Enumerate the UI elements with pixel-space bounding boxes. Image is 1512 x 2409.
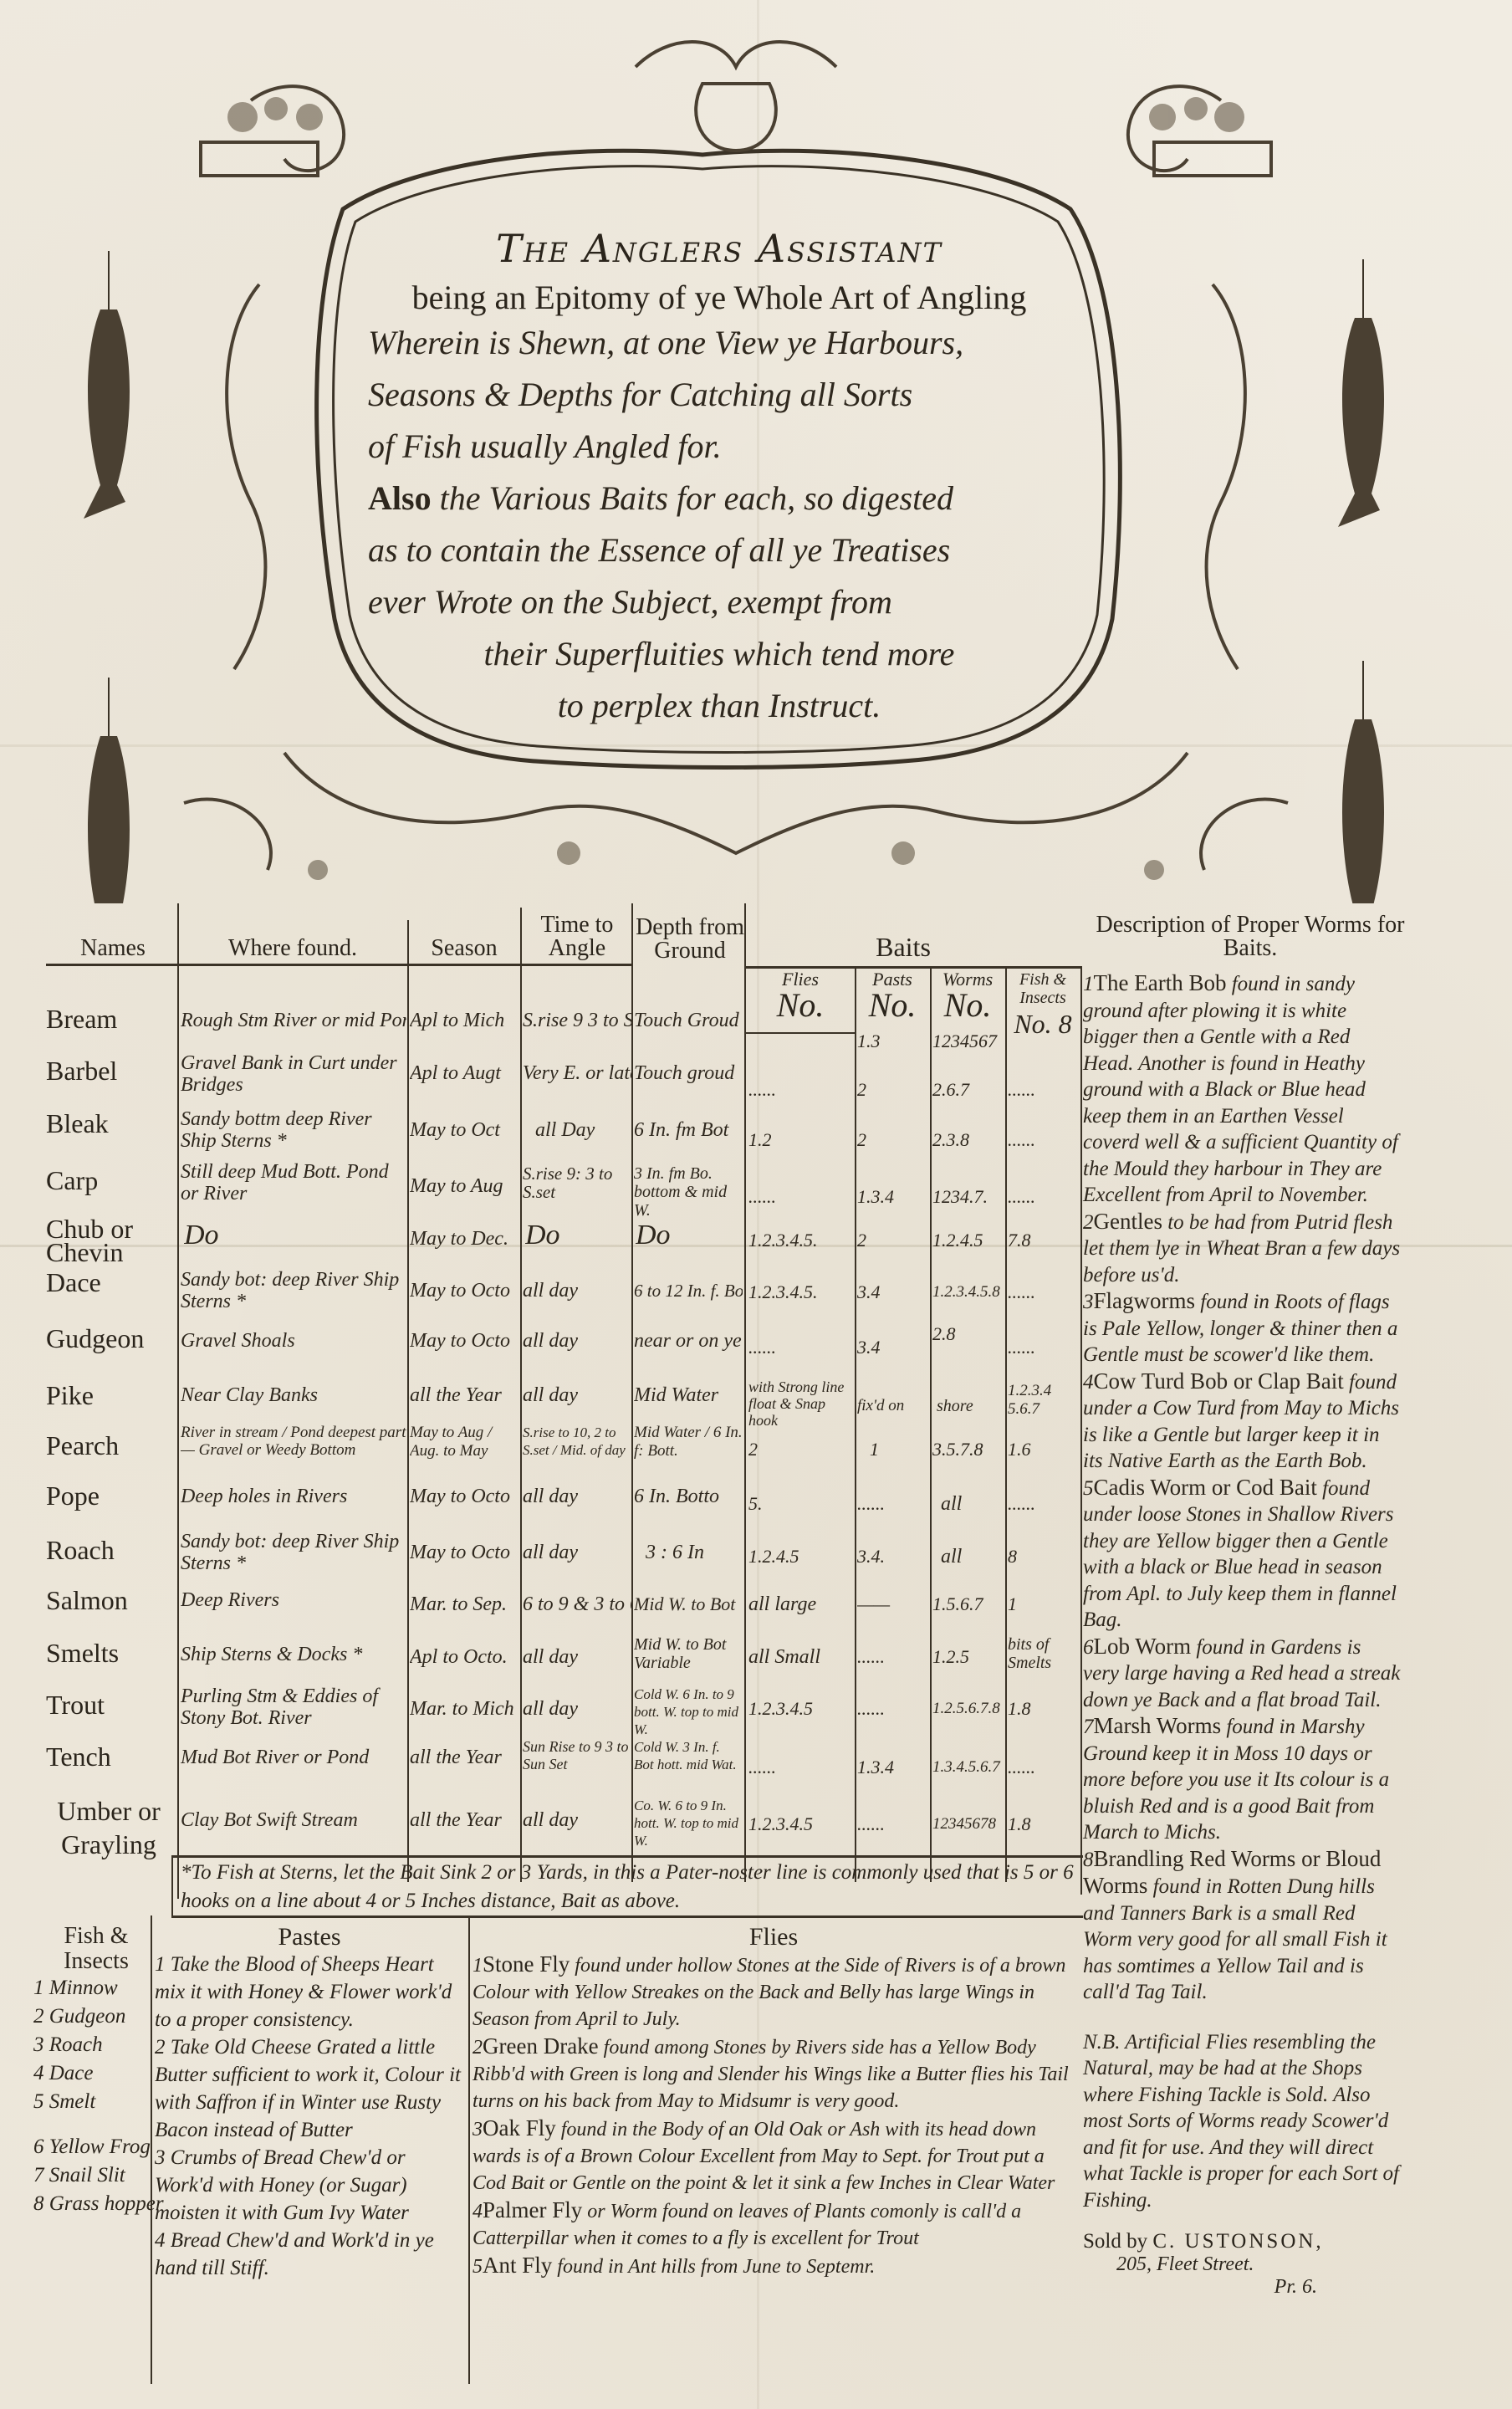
- cell-time: all day: [523, 1384, 631, 1406]
- cell-flies: ......: [748, 1079, 853, 1101]
- cell-fish: 1.8: [1008, 1698, 1079, 1720]
- cell-worms: shore: [937, 1395, 1004, 1417]
- subheader-pastes: PastsNo.: [855, 970, 930, 1022]
- cell-where: Gravel Shoals: [181, 1330, 406, 1352]
- cell-flies: 1.2: [748, 1129, 853, 1151]
- fish-insects-list: Fish & Insects 1 Minnow 2 Gudgeon 3 Roac…: [33, 1924, 159, 2218]
- title-line: to perplex than Instruct.: [351, 680, 1087, 732]
- cell-where: Deep Rivers: [181, 1589, 406, 1611]
- cell-flies: ......: [748, 1337, 853, 1358]
- cell-pastes: 2: [857, 1079, 928, 1101]
- sterns-footnote: *To Fish at Sterns, let the Bait Sink 2 …: [176, 1859, 1083, 1915]
- fish-name: Bream: [46, 1004, 188, 1035]
- fish-name: Chub or Chevin: [46, 1217, 180, 1264]
- title-line: ever Wrote on the Subject, exempt from: [351, 576, 1087, 628]
- fish-name: Bleak: [46, 1108, 188, 1139]
- cell-pastes: ......: [857, 1698, 928, 1720]
- cell-worms: all: [941, 1493, 1004, 1515]
- cell-season: May to Octo: [410, 1542, 518, 1563]
- fish-name: Roach: [46, 1535, 188, 1566]
- header-names: Names: [50, 937, 176, 960]
- cell-time: S.rise to 10, 2 to S.set / Mid. of day: [523, 1424, 631, 1459]
- cell-pastes: 1: [870, 1439, 928, 1460]
- cell-season: May to Octo: [410, 1486, 518, 1507]
- worms-description: 1The Earth Bob found in sandy ground aft…: [1083, 970, 1401, 2299]
- fish-name: Trout: [46, 1690, 188, 1721]
- cell-pastes: 3.4.: [857, 1546, 928, 1568]
- header-baits: Baits: [836, 935, 970, 959]
- cell-time: S.rise 9: 3 to S.set: [523, 1164, 631, 1201]
- cell-time: Very E. or late: [523, 1062, 631, 1084]
- footnote-rule: [171, 1915, 1083, 1918]
- flies-list: Flies 1Stone Fly found under hollow Ston…: [472, 1924, 1075, 2280]
- bottom-column-rule: [468, 1915, 470, 2384]
- subheader-flies: FliesNo.: [746, 970, 855, 1022]
- cell-time: Do: [525, 1221, 626, 1250]
- cell-depth: Cold W. 3 In. f. Bot hott. mid Wat.: [634, 1738, 743, 1773]
- cell-flies: 1.2.4.5: [748, 1546, 853, 1568]
- column-rule: [520, 908, 522, 1882]
- flies-rule: [746, 1032, 855, 1034]
- header-rule: [746, 966, 1080, 969]
- cell-pastes: 1.3: [857, 1031, 928, 1052]
- list-item: 4 Dace: [33, 2059, 159, 2088]
- cell-pastes: 3.4: [857, 1337, 928, 1358]
- cell-flies: all large: [748, 1593, 853, 1615]
- header-time-to-angle: Time to Angle: [523, 913, 631, 960]
- cell-fish: ......: [1008, 1757, 1079, 1778]
- cell-fish: ......: [1008, 1186, 1079, 1208]
- cell-flies: 1.2.3.4.5: [748, 1698, 853, 1720]
- cell-depth: Touch Groud: [634, 1010, 743, 1031]
- cell-season: Mar. to Mich: [410, 1698, 518, 1720]
- cell-fish: ......: [1008, 1281, 1079, 1303]
- worm-entry: 8Brandling Red Worms or Bloud Worms foun…: [1083, 1846, 1401, 2006]
- column-rule: [631, 903, 633, 1882]
- also-word: Also: [368, 479, 432, 517]
- fish-insects-heading: Fish & Insects: [33, 1924, 159, 1974]
- list-item: 8 Grass hopper: [33, 2190, 159, 2218]
- cell-worms: 2.6.7: [932, 1079, 1004, 1101]
- fish-name: Umber or Grayling: [46, 1794, 171, 1861]
- cell-depth: Mid W. to Bot Variable: [634, 1635, 743, 1672]
- cell-pastes: ......: [857, 1646, 928, 1668]
- title-block: The Anglers Assistant being an Epitomy o…: [351, 226, 1087, 732]
- fly-entry: 4Palmer Fly or Worm found on leaves of P…: [472, 2197, 1075, 2252]
- fish-name: Tench: [46, 1742, 188, 1772]
- worm-entry: 7Marsh Worms found in Marshy Ground keep…: [1083, 1713, 1401, 1846]
- cell-season: Mar. to Sep.: [410, 1593, 518, 1615]
- cell-where: Mud Bot River or Pond: [181, 1747, 406, 1768]
- cell-pastes: ......: [857, 1813, 928, 1835]
- cell-where: Deep holes in Rivers: [181, 1486, 406, 1507]
- publisher-address: 205, Fleet Street.: [1083, 2253, 1401, 2276]
- cell-where: Still deep Mud Bott. Pond or River: [181, 1161, 406, 1204]
- cell-time: all Day: [535, 1119, 631, 1141]
- flies-heading: Flies: [472, 1924, 1075, 1951]
- paste-recipe: 1 Take the Blood of Sheeps Heart mix it …: [155, 1951, 464, 2033]
- cell-where: Sandy bot: deep River Ship Sterns *: [181, 1531, 406, 1574]
- column-rule: [855, 966, 856, 1882]
- cell-depth: 3 : 6 In: [646, 1542, 743, 1563]
- fly-entry: 1Stone Fly found under hollow Stones at …: [472, 1951, 1075, 2033]
- worm-entry: 4Cow Turd Bob or Clap Bait found under a…: [1083, 1368, 1401, 1475]
- cell-where: Rough Stm River or mid Pond: [181, 1010, 406, 1031]
- header-description-worms: Description of Proper Worms for Baits.: [1087, 913, 1413, 960]
- column-rule: [1080, 966, 1082, 1895]
- worm-entry: 2Gentles to be had from Putrid flesh let…: [1083, 1209, 1401, 1289]
- cell-season: all the Year: [410, 1747, 518, 1768]
- fish-name: Pearch: [46, 1430, 188, 1461]
- list-item: 3 Roach: [33, 2031, 159, 2059]
- page-subtitle: being an Epitomy of ye Whole Art of Angl…: [351, 278, 1087, 317]
- fish-name: Dace: [46, 1267, 188, 1298]
- price: Pr. 6.: [1083, 2276, 1401, 2299]
- cell-worms: 12345678: [932, 1813, 1004, 1835]
- fish-name: Smelts: [46, 1638, 188, 1669]
- fish-name: Pike: [46, 1380, 188, 1411]
- fish-name: Pope: [46, 1481, 188, 1511]
- cell-fish: bits of Smelts: [1008, 1635, 1079, 1672]
- list-item: 1 Minnow: [33, 1974, 159, 2002]
- header-depth: Depth from Ground: [636, 916, 744, 963]
- cell-time: 6 to 9 & 3 to 6: [523, 1593, 631, 1615]
- cell-season: May to Dec.: [410, 1228, 518, 1250]
- imprint: Sold by C. USTONSON,: [1083, 2230, 1401, 2253]
- cell-worms: 1.3.4.5.6.7: [932, 1757, 1004, 1778]
- list-item: 2 Gudgeon: [33, 2002, 159, 2031]
- cell-time: all day: [523, 1486, 631, 1507]
- cell-time: all day: [523, 1330, 631, 1352]
- cell-pastes: 2: [857, 1129, 928, 1151]
- cell-time: all day: [523, 1542, 631, 1563]
- fly-entry: 5Ant Fly found in Ant hills from June to…: [472, 2252, 1075, 2280]
- cell-fish: ......: [1008, 1129, 1079, 1151]
- title-line: of Fish usually Angled for.: [351, 421, 1087, 473]
- cell-depth: 3 In. fm Bo. bottom & mid W.: [634, 1164, 743, 1220]
- cell-depth: Mid Water: [634, 1384, 743, 1406]
- cell-pastes: 2: [857, 1230, 928, 1251]
- fly-entry: 3Oak Fly found in the Body of an Old Oak…: [472, 2115, 1075, 2197]
- cell-fish: 8: [1008, 1546, 1079, 1568]
- cell-flies: 5.: [748, 1493, 853, 1515]
- column-rule: [1005, 966, 1007, 1882]
- cell-depth: Co. W. 6 to 9 In. hott. W. top to mid W.: [634, 1797, 743, 1849]
- cell-time: all day: [523, 1280, 631, 1302]
- cell-worms: 1.2.5.6.7.8: [932, 1698, 1004, 1720]
- cell-depth: Cold W. 6 In. to 9 bott. W. top to mid W…: [634, 1685, 743, 1738]
- title-line: their Superfluities which tend more: [351, 628, 1087, 680]
- fish-name: Carp: [46, 1165, 188, 1196]
- cell-flies: 1.2.3.4.5.: [748, 1281, 853, 1303]
- cell-where: Do: [184, 1221, 410, 1250]
- header-season: Season: [410, 937, 518, 960]
- list-item: 7 Snail Slit: [33, 2161, 159, 2190]
- cell-time: S.rise 9 3 to S.set: [523, 1010, 631, 1031]
- cell-flies: with Strong line float & Snap hook: [748, 1378, 853, 1429]
- cell-worms: 1.5.6.7: [932, 1593, 1004, 1615]
- cell-worms: 1.2.5: [932, 1646, 1004, 1668]
- worm-entry: 1The Earth Bob found in sandy ground aft…: [1083, 970, 1401, 1209]
- cell-worms: 2.8: [932, 1323, 1004, 1345]
- cell-fish: ......: [1008, 1493, 1079, 1515]
- cell-fish: 1.8: [1008, 1813, 1079, 1835]
- worm-entry: 5Cadis Worm or Cod Bait found under loos…: [1083, 1475, 1401, 1634]
- page-title: The Anglers Assistant: [351, 226, 1087, 271]
- list-item: 5 Smelt: [33, 2088, 159, 2116]
- cell-where: Sandy bot: deep River Ship Sterns *: [181, 1269, 406, 1312]
- title-line-rest: the Various Baits for each, so digested: [440, 479, 953, 517]
- cell-worms: 1.2.4.5: [932, 1230, 1004, 1251]
- fish-name: Barbel: [46, 1056, 188, 1087]
- cell-flies: ......: [748, 1757, 853, 1778]
- cell-season: Apl to Augt: [410, 1062, 518, 1084]
- cell-pastes: fix'd on: [857, 1395, 928, 1417]
- cell-where: Clay Bot Swift Stream: [181, 1809, 406, 1831]
- cell-depth: Touch groud: [634, 1062, 743, 1084]
- column-rule: [407, 920, 409, 1882]
- cell-season: May to Aug: [410, 1175, 518, 1197]
- cell-where: Near Clay Banks: [181, 1384, 406, 1406]
- paste-recipe: 3 Crumbs of Bread Chew'd or Work'd with …: [155, 2144, 464, 2227]
- column-rule: [744, 903, 746, 1882]
- cell-where: Purling Stm & Eddies of Stony Bot. River: [181, 1685, 406, 1729]
- cell-season: May to Octo: [410, 1280, 518, 1302]
- pastes-heading: Pastes: [155, 1924, 464, 1951]
- cell-fish: 7.8: [1008, 1230, 1079, 1251]
- title-line: as to contain the Essence of all ye Trea…: [351, 524, 1087, 576]
- title-line: Seasons & Depths for Catching all Sorts: [351, 369, 1087, 421]
- cell-season: all the Year: [410, 1384, 518, 1406]
- cell-time: all day: [523, 1698, 631, 1720]
- cell-season: May to Oct: [410, 1119, 518, 1141]
- cell-flies: ......: [748, 1186, 853, 1208]
- cell-fish: ......: [1008, 1337, 1079, 1358]
- column-rule: [930, 966, 932, 1882]
- paste-recipe: 2 Take Old Cheese Grated a little Butter…: [155, 2033, 464, 2144]
- cell-where: Ship Sterns & Docks *: [181, 1644, 406, 1665]
- cell-where: Gravel Bank in Curt under Bridges: [181, 1052, 406, 1096]
- cell-flies: all Small: [748, 1646, 853, 1668]
- cell-time: all day: [523, 1646, 631, 1668]
- cell-fish: 1.6: [1008, 1439, 1079, 1460]
- fish-name: Gudgeon: [46, 1323, 188, 1354]
- cell-season: Apl to Octo.: [410, 1646, 518, 1668]
- nota-bene: N.B. Artificial Flies resembling the Nat…: [1083, 2029, 1401, 2214]
- cell-worms: 1234.7.: [932, 1186, 1004, 1208]
- cell-depth: 6 to 12 In. f. Bot: [634, 1280, 743, 1302]
- footnote-rule: [171, 1855, 1083, 1858]
- broadside-sheet: The Anglers Assistant being an Epitomy o…: [0, 0, 1512, 2409]
- cell-fish: ......: [1008, 1079, 1079, 1101]
- cell-worms: 2.3.8: [932, 1129, 1004, 1151]
- cell-flies: 1.2.3.4.5.: [748, 1230, 853, 1251]
- cell-fish: 1: [1008, 1593, 1079, 1615]
- cell-pastes: ......: [857, 1493, 928, 1515]
- footnote-rule: [171, 1855, 173, 1918]
- list-item: 6 Yellow Frog: [33, 2133, 159, 2161]
- cell-worms: all: [941, 1546, 1004, 1568]
- cell-time: all day: [523, 1809, 631, 1831]
- cell-pastes: 1.3.4: [857, 1186, 928, 1208]
- cell-season: Apl to Mich: [410, 1010, 518, 1031]
- header-rule: [46, 964, 631, 966]
- cell-depth: 6 In. fm Bot: [634, 1119, 743, 1141]
- cell-season: May to Octo: [410, 1330, 518, 1352]
- cell-pastes: ——: [857, 1593, 928, 1615]
- cell-where: River in stream / Pond deepest part — Gr…: [181, 1424, 406, 1459]
- cell-fish: 1.2.3.4 5.6.7: [1008, 1382, 1079, 1419]
- cell-pastes: 1.3.4: [857, 1757, 928, 1778]
- cell-pastes: 3.4: [857, 1281, 928, 1303]
- title-line: Also the Various Baits for each, so dige…: [351, 473, 1087, 524]
- cell-depth: Do: [636, 1221, 736, 1250]
- publisher-name: C. USTONSON,: [1152, 2230, 1323, 2253]
- fly-entry: 2Green Drake found among Stones by River…: [472, 2033, 1075, 2115]
- cell-flies: 1.2.3.4.5: [748, 1813, 853, 1835]
- cell-flies: 2: [748, 1439, 853, 1460]
- cell-depth: near or on ye Gd: [634, 1330, 743, 1352]
- cell-season: all the Year: [410, 1809, 518, 1831]
- worm-entry: 3Flagworms found in Roots of flags is Pa…: [1083, 1288, 1401, 1368]
- worm-entry: 6Lob Worm found in Gardens is very large…: [1083, 1634, 1401, 1714]
- cell-season: May to Aug / Aug. to May: [410, 1424, 518, 1460]
- subheader-worms: WormsNo.: [930, 970, 1005, 1022]
- cell-where: Sandy bottm deep River Ship Sterns *: [181, 1108, 406, 1152]
- cell-depth: Mid W. to Bot: [634, 1593, 743, 1615]
- cell-time: Sun Rise to 9 3 to Sun Set: [523, 1738, 631, 1773]
- cell-worms: 3.5.7.8: [932, 1439, 1004, 1460]
- title-line: Wherein is Shewn, at one View ye Harbour…: [351, 317, 1087, 369]
- pastes-list: Pastes 1 Take the Blood of Sheeps Heart …: [155, 1924, 464, 2282]
- cell-depth: 6 In. Botto: [634, 1486, 743, 1507]
- subheader-fish-insects: Fish & InsectsNo. 8: [1005, 970, 1080, 1041]
- header-where-found: Where found.: [180, 937, 406, 960]
- paste-recipe: 4 Bread Chew'd and Work'd in ye hand til…: [155, 2227, 464, 2282]
- cell-worms: 1234567: [932, 1031, 1004, 1052]
- cell-worms: 1.2.3.4.5.8: [932, 1281, 1004, 1303]
- fish-name: Salmon: [46, 1585, 188, 1616]
- cell-depth: Mid Water / 6 In. f: Bott.: [634, 1424, 743, 1460]
